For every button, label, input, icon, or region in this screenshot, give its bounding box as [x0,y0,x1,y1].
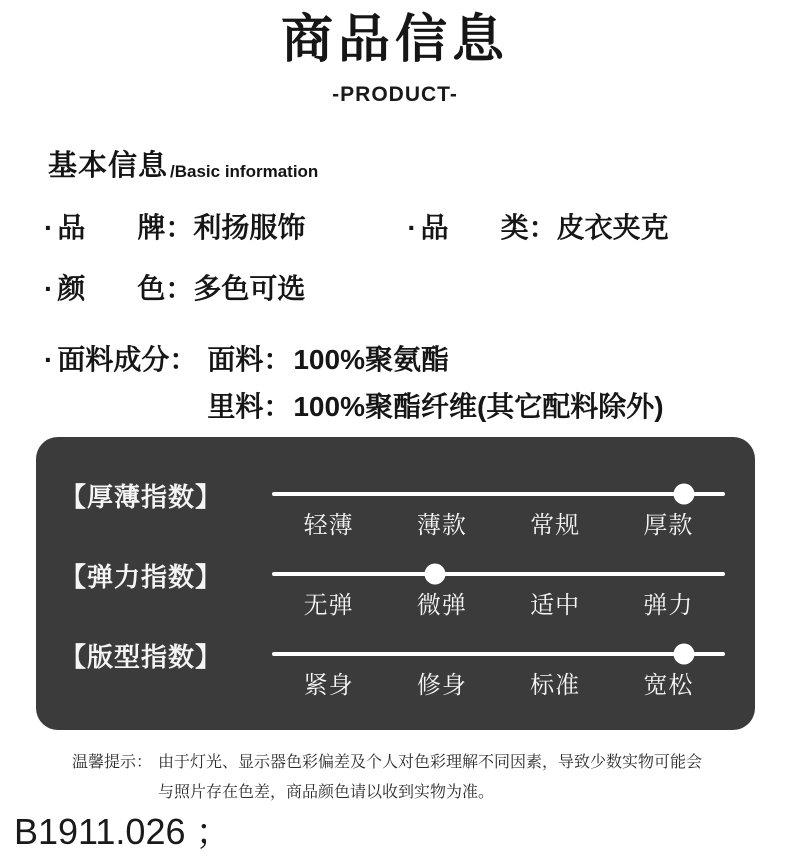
attr-fabric-values: 面料：100%聚氨酯 里料：100%聚酯纤维(其它配料除外) [207,342,663,435]
attr-color-label-1: 颜 [57,271,85,306]
attr-brand-label-1: 品 [57,210,85,245]
attr-category-value: 皮衣夹克 [557,210,669,245]
notice-text: 由于灯光、显示器色彩偏差及个人对色彩理解不同因素，导致少数实物可能会 与照片存在… [158,748,702,808]
index-row-thickness-label: 【厚薄指数】 [60,477,272,540]
index-row-thickness: 【厚薄指数】 轻薄 薄款 常规 厚款 [60,477,725,540]
fabric-outer-value: 100%聚氨酯 [293,344,449,375]
index-row-elasticity-label: 【弹力指数】 [60,557,272,620]
thickness-scale: 轻薄 薄款 常规 厚款 [272,477,725,540]
tick-label: 厚款 [612,505,725,540]
attr-category-label-1: 品 [421,210,449,245]
tick-label: 修身 [385,665,498,700]
thickness-dot [674,484,695,505]
fabric-lining-key: 里料： [207,391,291,422]
page-header: 商品信息 -PRODUCT- [0,0,790,107]
notice: 温馨提示： 由于灯光、显示器色彩偏差及个人对色彩理解不同因素，导致少数实物可能会… [72,748,702,808]
thickness-ticks: 轻薄 薄款 常规 厚款 [272,505,725,540]
fit-dot [674,644,695,665]
tick-label: 标准 [499,665,612,700]
tick-label: 紧身 [272,665,385,700]
tick-label: 无弹 [272,585,385,620]
attr-row-fabric: · 面料成分： 面料：100%聚氨酯 里料：100%聚酯纤维(其它配料除外) [44,342,790,435]
product-info-page: 商品信息 -PRODUCT- 基本信息 /Basic information ·… [0,0,790,858]
tick-label: 常规 [499,505,612,540]
attr-brand-label: 品牌： [57,210,193,245]
attribute-list: · 品牌： 利扬服饰 · 品类： 皮衣夹克 · 颜色： 多色可选 · 面料成分： [44,210,790,435]
product-code: B1911.026 ； [14,804,232,855]
elasticity-ticks: 无弹 微弹 适中 弹力 [272,585,725,620]
section-basic-info-heading: 基本信息 /Basic information [48,143,790,184]
attr-fabric-label: 面料成分： [57,342,197,378]
bullet-dot: · [44,271,53,306]
index-row-fit-label: 【版型指数】 [60,637,272,700]
page-title: 商品信息 [0,12,790,69]
attr-color-label: 颜色： [57,271,193,306]
bullet-dot: · [44,210,53,245]
elasticity-scale: 无弹 微弹 适中 弹力 [272,557,725,620]
notice-label: 温馨提示： [72,748,152,778]
thickness-track [272,492,725,496]
tick-label: 宽松 [612,665,725,700]
attr-row-brand-category: · 品牌： 利扬服饰 · 品类： 皮衣夹克 [44,210,790,245]
attr-category: · 品类： 皮衣夹克 [407,210,668,245]
attr-color-label-2: 色： [137,271,193,306]
attr-fabric: · 面料成分： 面料：100%聚氨酯 里料：100%聚酯纤维(其它配料除外) [44,342,664,435]
fit-track [272,652,725,656]
elasticity-track [272,572,725,576]
attr-brand: · 品牌： 利扬服饰 [44,210,305,245]
tick-label: 适中 [499,585,612,620]
attr-brand-label-2: 牌： [137,210,193,245]
fabric-lining-value: 100%聚酯纤维(其它配料除外) [293,391,663,422]
tick-label: 弹力 [612,585,725,620]
index-panel: 【厚薄指数】 轻薄 薄款 常规 厚款 【弹力指数】 无 [36,437,755,730]
attr-color: · 颜色： 多色可选 [44,271,305,306]
attr-category-label: 品类： [421,210,557,245]
fabric-outer-line: 面料：100%聚氨酯 [207,342,663,378]
tick-label: 微弹 [385,585,498,620]
bullet-dot: · [407,210,416,245]
index-row-fit: 【版型指数】 紧身 修身 标准 宽松 [60,637,725,700]
fabric-lining-line: 里料：100%聚酯纤维(其它配料除外) [207,389,663,425]
attr-brand-value: 利扬服饰 [193,210,305,245]
notice-line-1: 由于灯光、显示器色彩偏差及个人对色彩理解不同因素，导致少数实物可能会 [158,748,702,778]
tick-label: 薄款 [385,505,498,540]
attr-color-value: 多色可选 [193,271,305,306]
fabric-outer-key: 面料： [207,344,291,375]
attr-row-color: · 颜色： 多色可选 [44,271,790,306]
elasticity-dot [425,564,446,585]
section-subtitle-en: /Basic information [170,162,318,184]
index-row-elasticity: 【弹力指数】 无弹 微弹 适中 弹力 [60,557,725,620]
fit-ticks: 紧身 修身 标准 宽松 [272,665,725,700]
bullet-dot: · [44,342,53,377]
page-subtitle: -PRODUCT- [0,83,790,107]
tick-label: 轻薄 [272,505,385,540]
fit-scale: 紧身 修身 标准 宽松 [272,637,725,700]
section-title: 基本信息 [48,143,168,184]
notice-line-2: 与照片存在色差，商品颜色请以收到实物为准。 [158,778,702,808]
attr-category-label-2: 类： [501,210,557,245]
